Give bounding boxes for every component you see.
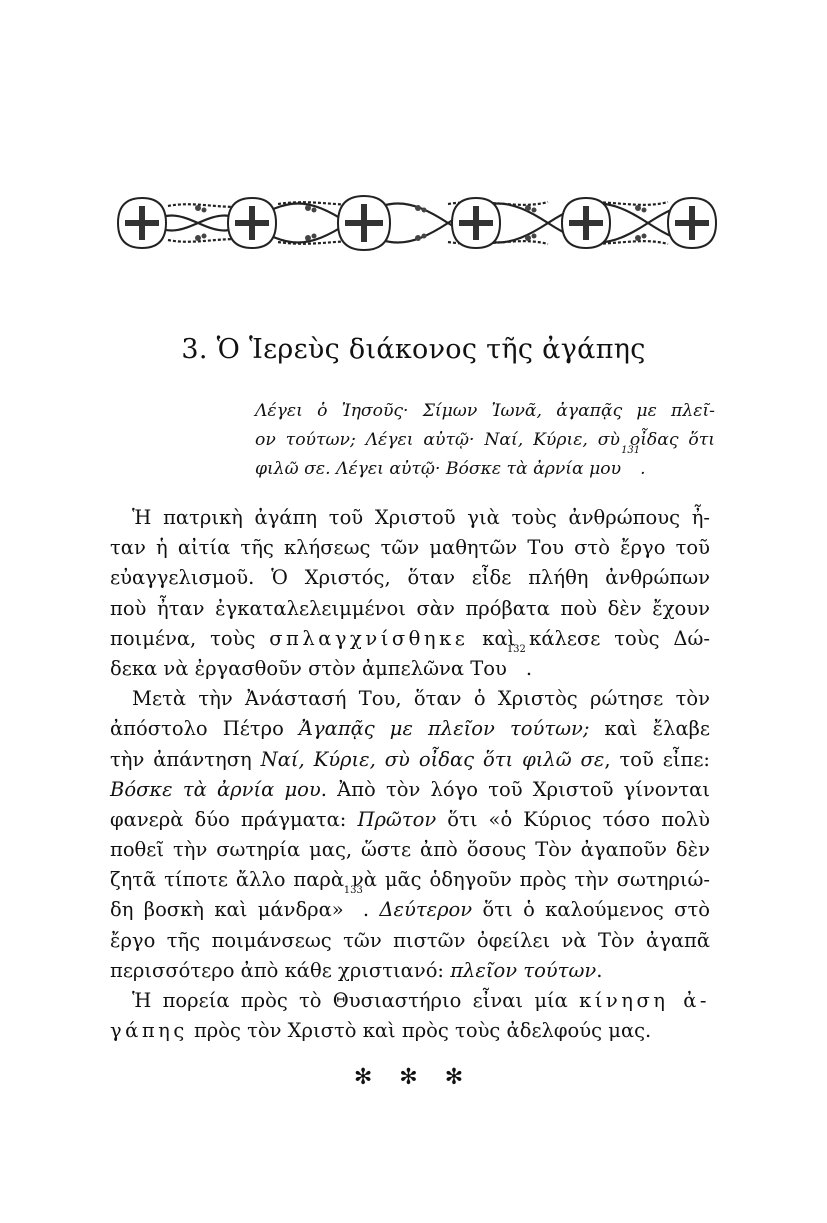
paragraph-2-line: ἀπόστολο Πέτρο Ἀγαπᾷς με πλεῖον τούτων; …: [110, 714, 710, 744]
paragraph-2-line: περισσότερο ἀπὸ κάθε χριστιανό: πλεῖον τ…: [110, 956, 710, 986]
paragraph-2-line: τὴν ἀπάντηση Ναί, Κύριε, σὺ οἶδας ὅτι φι…: [110, 745, 710, 775]
paragraph-1-line: Ἡ πατρικὴ ἀγάπη τοῦ Χριστοῦ γιὰ τοὺς ἀνθ…: [110, 503, 710, 533]
italic-quote: Ἀγαπᾷς με πλεῖον τούτων;: [299, 717, 590, 740]
paragraph-3-line: Ἡ πορεία πρὸς τὸ Θυσιαστήριο εἶναι μία κ…: [110, 986, 710, 1016]
paragraph-3-line: γάπης πρὸς τὸν Χριστὸ καὶ πρὸς τοὺς ἀδελ…: [110, 1016, 710, 1046]
paragraph-2-line: ζητᾶ τίποτε ἄλλο παρὰ νὰ μᾶς ὁδηγοῦν πρὸ…: [110, 865, 710, 895]
section-break-asterisms: ✻ ✻ ✻: [0, 1065, 827, 1090]
spaced-emphasis: γάπης: [110, 1019, 188, 1042]
epigraph-quote: Λέγει ὁ Ἰησοῦς· Σίμων Ἰωνᾶ, ἀγαπᾷς με πλ…: [255, 397, 715, 484]
chapter-number: 3.: [181, 334, 207, 365]
paragraph-1-line: δεκα νὰ ἐργασθοῦν στὸν ἀμπελῶνα Του132.: [110, 654, 710, 684]
paragraph-2-line: ἔργο τῆς ποιμάνσεως τῶν πιστῶν ὀφείλει ν…: [110, 926, 710, 956]
paragraph-1-line: ταν ἡ αἰτία τῆς κλήσεως τῶν μαθητῶν Του …: [110, 533, 710, 563]
paragraph-1-line: ποιμένα, τοὺς σπλαγχνίσθηκε καὶ κάλεσε τ…: [110, 624, 710, 654]
spaced-emphasis: σπλαγχνίσθηκε: [269, 627, 468, 650]
asterism-icon: ✻ ✻ ✻: [354, 1065, 473, 1090]
spaced-emphasis: κίνηση ἀ-: [579, 989, 710, 1012]
footnote-ref: 133: [344, 885, 363, 896]
paragraph-2-line: Μετὰ τὴν Ἀνάστασή Του, ὅταν ὁ Χριστὸς ρώ…: [110, 684, 710, 714]
book-page: 3. Ὁ Ἱερεὺς διάκονος τῆς ἀγάπης Λέγει ὁ …: [0, 0, 827, 1223]
epigraph-line: φιλῶ σε. Λέγει αὐτῷ· Βόσκε τὰ ἀρνία μου1…: [255, 455, 715, 484]
decorative-border-ornament: [108, 192, 720, 254]
paragraph-2-line: φανερὰ δύο πράγματα: Πρῶτον ὅτι «ὁ Κύριο…: [110, 805, 710, 835]
chapter-title-text: Ὁ Ἱερεὺς διάκονος τῆς ἀγάπης: [217, 334, 646, 365]
byzantine-cross-ornament-icon: [108, 192, 720, 254]
epigraph-line: ον τούτων; Λέγει αὐτῷ· Ναί, Κύριε, σὺ οἶ…: [255, 426, 715, 455]
chapter-heading: 3. Ὁ Ἱερεὺς διάκονος τῆς ἀγάπης: [0, 334, 827, 365]
italic-quote: Ναί, Κύριε, σὺ οἶδας ὅτι φιλῶ σε: [261, 748, 605, 771]
paragraph-1-line: ποὺ ἦταν ἐγκαταλελειμμένοι σὰν πρόβατα π…: [110, 594, 710, 624]
italic-emphasis: Πρῶτον: [357, 808, 436, 831]
footnote-ref: 132: [507, 644, 526, 655]
paragraph-1-line: εὐαγγελισμοῦ. Ὁ Χριστός, ὅταν εἶδε πλήθη…: [110, 563, 710, 593]
epigraph-line: Λέγει ὁ Ἰησοῦς· Σίμων Ἰωνᾶ, ἀγαπᾷς με πλ…: [255, 397, 715, 426]
paragraph-2-line: Βόσκε τὰ ἀρνία μου. Ἀπὸ τὸν λόγο τοῦ Χρι…: [110, 775, 710, 805]
footnote-ref: 131: [621, 445, 640, 456]
paragraph-2-line: ποθεῖ τὴν σωτηρία μας, ὥστε ἀπὸ ὅσους Τὸ…: [110, 835, 710, 865]
italic-emphasis: Δεύτερον: [379, 898, 472, 921]
paragraph-2-line: δη βοσκὴ καὶ μάνδρα»133. Δεύτερον ὅτι ὁ …: [110, 895, 710, 925]
italic-quote: Βόσκε τὰ ἀρνία μου: [110, 778, 321, 801]
italic-quote: πλεῖον τούτων: [450, 959, 596, 982]
body-text: Ἡ πατρικὴ ἀγάπη τοῦ Χριστοῦ γιὰ τοὺς ἀνθ…: [110, 503, 710, 1046]
